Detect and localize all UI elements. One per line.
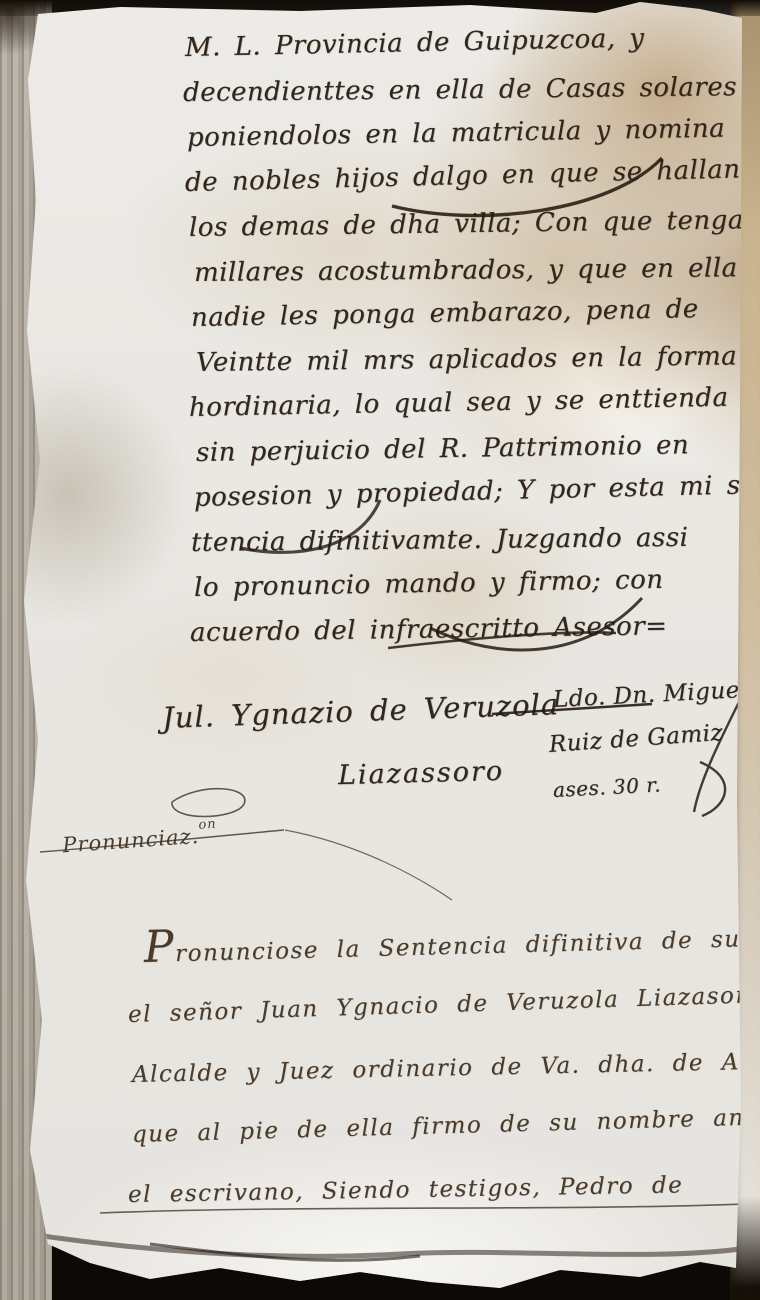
margin-note-loop [172,789,245,817]
signature-alcalde-name: Jul. Ygnazio de Veruzola [162,687,560,735]
signature-alcalde-surname: Liazassoro [338,756,505,791]
margin-note-superscript: on [198,817,217,833]
main-text-block: M. L. Provincia de Guipuzcoa, y decendie… [185,26,751,656]
crease-line-dark [150,1244,420,1260]
manuscript-line: nadie les ponga embarazo, pena de [191,286,752,341]
signature-asesor-block: Ldo. Dn. Miguel Ruiz de Gamiz ases. 30 r… [553,678,753,813]
manuscript-line: el escrivano, Siendo testigos, Pedro de [127,1154,738,1225]
manuscript-photo: M. L. Provincia de Guipuzcoa, y decendie… [0,0,760,1300]
manuscript-line: los demas de dha villa; Con que tengan [189,198,752,251]
margin-note: Pronunciaz.on [61,817,218,858]
manuscript-line: M. L. Provincia de Guipuzcoa, y [185,14,752,71]
closing-text-block: Pronunciose la Sentencia difinitiva de s… [128,918,738,1225]
manuscript-line: acuerdo del infraescritto Asesor= [190,603,752,656]
crease-line [16,1232,748,1256]
manuscript-line: lo pronuncio mando y firmo; con [194,556,752,611]
signature-asesor-fee: ases. 30 r. [552,758,754,813]
margin-note-diagonal [285,830,452,900]
margin-note-text: Pronunciaz. [62,824,200,858]
manuscript-page: M. L. Provincia de Guipuzcoa, y decendie… [0,0,760,1300]
